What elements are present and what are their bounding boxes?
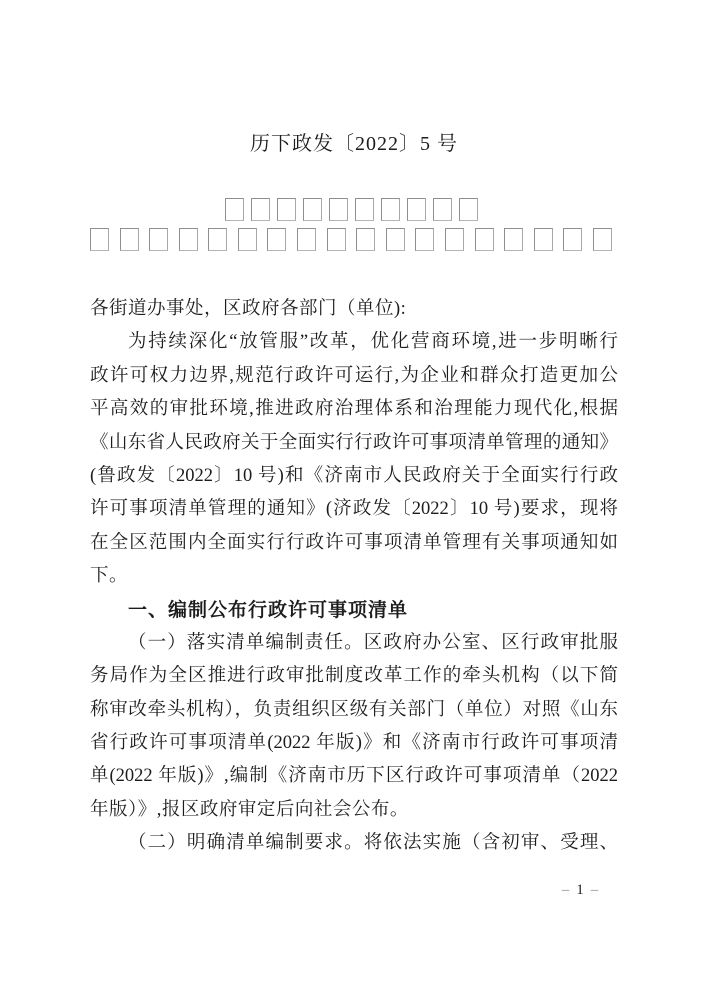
missing-glyph-box — [297, 228, 316, 251]
missing-glyph-box — [277, 198, 296, 221]
body-line: 务局作为全区推进行政审批制度改革工作的牵头机构（以下简 — [90, 660, 618, 693]
page-number-value: 1 — [576, 882, 584, 898]
missing-glyph-box — [355, 198, 374, 221]
missing-glyph-box — [415, 228, 434, 251]
missing-glyph-box — [303, 198, 322, 221]
missing-glyph-box — [225, 198, 244, 221]
missing-glyph-box — [327, 228, 346, 251]
document-body: 各街道办事处，区政府各部门（单位):为持续深化“放管服”改革，优化营商环境,进一… — [90, 293, 618, 861]
missing-glyph-box — [504, 228, 523, 251]
missing-glyph-box — [149, 228, 168, 251]
section-heading: 一、编制公布行政许可事项清单 — [90, 594, 618, 627]
missing-glyph-box — [475, 228, 494, 251]
missing-glyph-box — [329, 198, 348, 221]
missing-glyph-box — [238, 228, 257, 251]
body-line: 省行政许可事项清单(2022 年版)》和《济南市行政许可事项清 — [90, 727, 618, 760]
missing-glyph-box — [459, 198, 478, 221]
page-number-right-dash: – — [591, 882, 599, 898]
body-line: 《山东省人民政府关于全面实行行政许可事项清单管理的通知》 — [90, 427, 618, 460]
doc-number: 历下政发〔2022〕5 号 — [90, 130, 618, 158]
missing-glyph-box — [208, 228, 227, 251]
body-line: 在全区范围内全面实行行政许可事项清单管理有关事项通知如 — [90, 527, 618, 560]
body-line: （一）落实清单编制责任。区政府办公室、区行政审批服 — [90, 627, 618, 660]
page-number: –1– — [538, 880, 622, 900]
missing-glyph-box — [445, 228, 464, 251]
body-line: (鲁政发〔2022〕10 号)和《济南市人民政府关于全面实行行政 — [90, 460, 618, 493]
body-line: 年版）》,报区政府审定后向社会公布。 — [90, 794, 618, 827]
body-line: 称审改牵头机构），负责组织区级有关部门（单位）对照《山东 — [90, 694, 618, 727]
missing-glyph-box — [407, 198, 426, 221]
body-line: 下。 — [90, 560, 618, 593]
missing-glyph-title-row-2 — [90, 228, 612, 251]
document-page: 历下政发〔2022〕5 号 各街道办事处，区政府各部门（单位):为持续深化“放管… — [0, 0, 707, 999]
body-line: 许可事项清单管理的通知》(济政发〔2022〕10 号)要求，现将 — [90, 493, 618, 526]
body-line: 单(2022 年版)》,编制《济南市历下区行政许可事项清单（2022 — [90, 760, 618, 793]
missing-glyph-box — [120, 228, 139, 251]
missing-glyph-box — [179, 228, 198, 251]
missing-glyph-box — [251, 198, 270, 221]
page-number-left-dash: – — [562, 882, 570, 898]
missing-glyph-box — [267, 228, 286, 251]
body-line: 各街道办事处，区政府各部门（单位): — [90, 293, 618, 326]
body-line: 平高效的审批环境,推进政府治理体系和治理能力现代化,根据 — [90, 393, 618, 426]
body-line: （二）明确清单编制要求。将依法实施（含初审、受理、 — [90, 827, 618, 860]
missing-glyph-box — [593, 228, 612, 251]
missing-glyph-box — [90, 228, 109, 251]
missing-glyph-box — [433, 198, 452, 221]
body-line: 为持续深化“放管服”改革，优化营商环境,进一步明晰行 — [90, 326, 618, 359]
missing-glyph-box — [563, 228, 582, 251]
missing-glyph-box — [386, 228, 405, 251]
body-line: 政许可权力边界,规范行政许可运行,为企业和群众打造更加公 — [90, 360, 618, 393]
missing-glyph-title-row-1 — [90, 198, 612, 221]
missing-glyph-box — [534, 228, 553, 251]
missing-glyph-box — [381, 198, 400, 221]
missing-glyph-box — [356, 228, 375, 251]
